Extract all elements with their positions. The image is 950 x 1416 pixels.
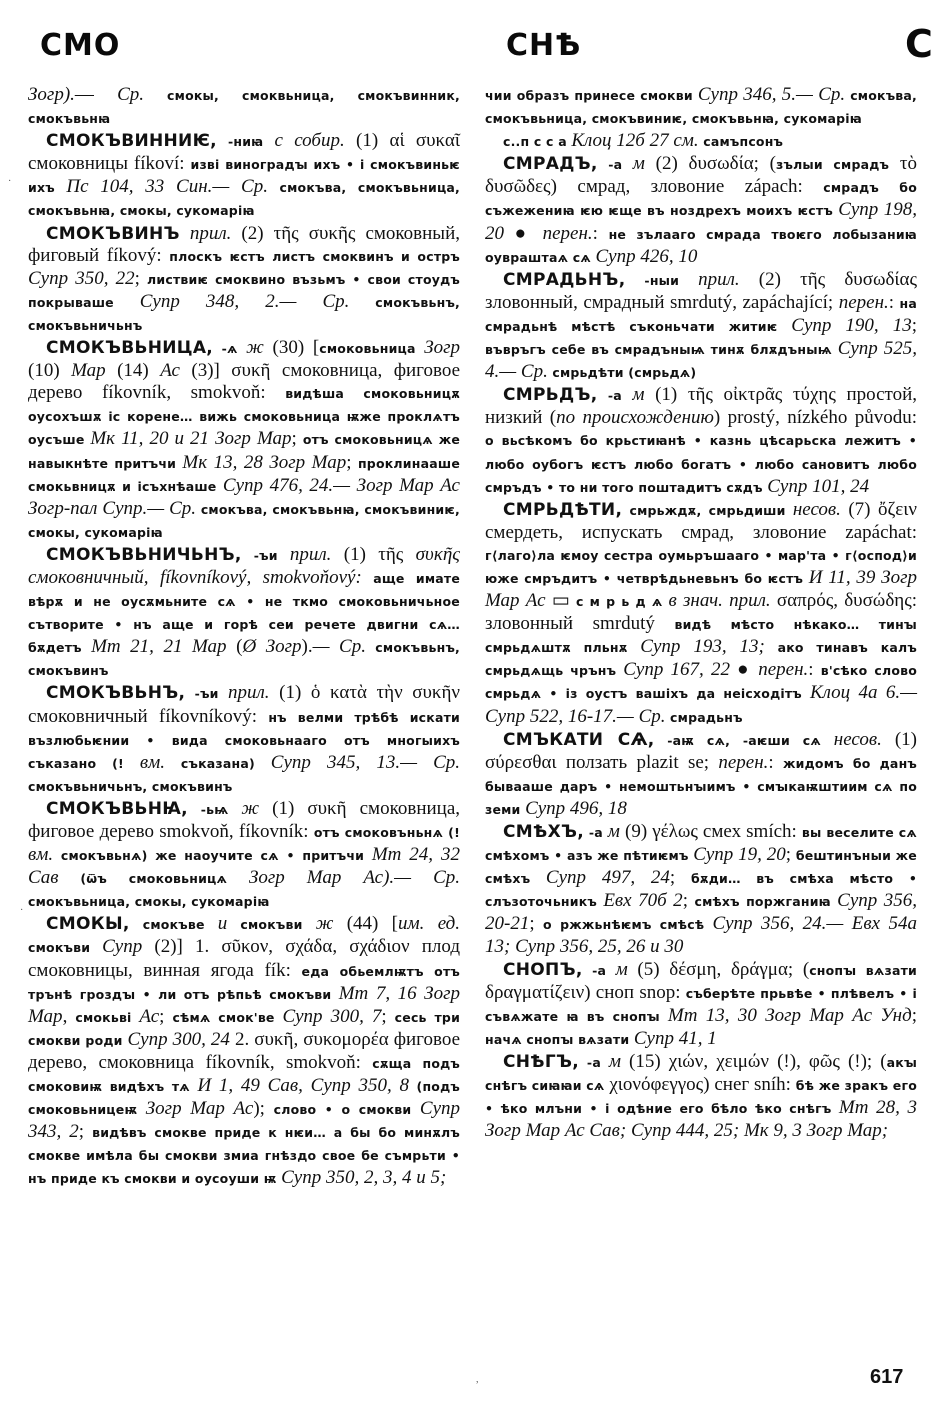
definition-text: — (75, 84, 117, 105)
old-church-slavonic-text: (ѿъ смоковьницѧ (59, 871, 249, 886)
headword: СМОКЪВЬНЪ, (46, 683, 185, 703)
source-reference: — Ср. (313, 636, 366, 657)
grammar-label: прил. (290, 544, 332, 565)
dictionary-entry: СМОКЫ, смокъве и смокъви ж (44) [им. ед.… (28, 913, 460, 1190)
definition-text: (44) [ (333, 913, 398, 934)
source-reference: Супр 496, 18 (525, 798, 627, 819)
headword: СМРАДЪ, (503, 154, 598, 174)
dictionary-entry: СМРЬДЪ, -а м (1) τῆς οἰκτρᾶς τύχης прост… (485, 384, 917, 498)
source-reference: Супр 193, 13; (640, 636, 765, 657)
source-reference: Ас (160, 360, 180, 381)
old-church-slavonic-text: снопꙑ вѧзати (809, 963, 917, 978)
grammar-label: несов. (834, 729, 882, 750)
right-column: чии образъ принесе смокви Супр 346, 5.— … (485, 84, 917, 1142)
old-church-slavonic-text: съказана) (165, 756, 271, 771)
source-reference: Мт 13, 30 Зогр Мар Ас Унд (668, 1005, 912, 1026)
source-reference: Супр 348, 2.— Ср. (140, 291, 350, 312)
grammar-label: см. (673, 130, 698, 151)
page-number: 617 (870, 1366, 903, 1389)
headword: СМѢХЪ, (503, 822, 584, 842)
headword: СМОКЪВИНЪ (46, 224, 180, 244)
definition-text: (2) δυσωδία; ( (645, 153, 776, 174)
source-reference: Зогр). (28, 84, 75, 105)
definition-text: ; (381, 1006, 394, 1027)
dictionary-entry: с..п с с а Клоц 12б 27 см. самъпсонъ (485, 130, 917, 153)
old-church-slavonic-text: -а (597, 388, 632, 403)
source-reference: Зогр Мар Ас (146, 1098, 254, 1119)
old-church-slavonic-text: самъпсонъ (699, 134, 783, 149)
source-reference: Евх 70б 2 (603, 890, 682, 911)
old-church-slavonic-text: с..п с с а (503, 134, 571, 149)
grammar-label: м (609, 1051, 621, 1072)
dictionary-entry: СМОКЪВЬНИЧЬНЪ, -ъи прил. (1) τῆς συκῆς с… (28, 544, 460, 683)
grammar-label: м (608, 821, 620, 842)
definition-text: (5) δέσμη, δράγμα; ( (628, 959, 809, 980)
source-reference: Зогр Мар Ас).— Ср. (249, 867, 460, 888)
definition-text: (30) [ (264, 337, 319, 358)
old-church-slavonic-text: -а (579, 1055, 609, 1070)
source-reference: Супр 345, 13.— Ср. (271, 752, 460, 773)
old-church-slavonic-text: въвръгъ себе въ смрадъныѩ тинѫ блѫдъныѩ (485, 342, 838, 357)
definition-text: ; (912, 315, 917, 336)
old-church-slavonic-text: -а (584, 825, 608, 840)
grammar-label: с собир. (274, 130, 344, 151)
old-church-slavonic-text: начѧ снопꙑ вѧзати (485, 1032, 634, 1047)
source-reference: Супр 101, 24 (767, 476, 869, 497)
old-church-slavonic-text: -ныи (625, 273, 698, 288)
source-reference: Супр 19, 20 (693, 844, 786, 865)
headword: СМОКЪВЬНИЧЬНЪ, (46, 545, 242, 565)
old-church-slavonic-text: смоковьница (319, 341, 424, 356)
right-guide-word: СНѢ (506, 28, 581, 63)
headword: СМОКЫ, (46, 914, 130, 934)
old-church-slavonic-text: -ѧ (213, 341, 246, 356)
definition-text: : (593, 223, 609, 244)
dictionary-entry: СМОКЪВИННИѤ, -ниꙗ с собир. (1) αἱ συκαῖ … (28, 130, 460, 222)
entry-continuation: Зогр).— Ср. смокы, смоквьница, смокъвинн… (28, 84, 460, 130)
definition-text: δραγματίζειν) сноп snop: (485, 982, 686, 1003)
old-church-slavonic-text: чии образъ принесе смокви (485, 88, 698, 103)
source-reference: Супр 350, 22 (28, 268, 135, 289)
old-church-slavonic-text: -аѭ сѧ, -аѥши сѧ (655, 733, 834, 748)
stray-mark: · (20, 905, 23, 916)
dictionary-entry: СНѢГЪ, -а м (15) χιών, χειμών (!), φῶς (… (485, 1051, 917, 1142)
source-reference: Пс 104, 33 Син.— Ср. (66, 176, 268, 197)
source-reference: Супр 426, 10 (596, 246, 698, 267)
definition-text: ) prostý, nízkého původu: (714, 407, 917, 428)
dictionary-entry: СМОКЪВИНЪ прил. (2) τῆς συκῆς смоковный,… (28, 223, 460, 337)
old-church-slavonic-text: слово • о смокви (274, 1102, 420, 1117)
old-church-slavonic-text: -ьѩ (188, 802, 241, 817)
grammar-label: вм. (140, 752, 165, 773)
definition-text: ; (346, 452, 358, 473)
definition-text: ; (79, 1121, 92, 1142)
source-reference: Клоц 12б 27 (571, 130, 673, 151)
old-church-slavonic-text: смрадьнъ (666, 710, 743, 725)
old-church-slavonic-text: смѣхъ поржганиꙗ (694, 894, 837, 909)
old-church-slavonic-text: -а (583, 963, 616, 978)
left-guide-word: СМО (40, 28, 120, 63)
definition-text: : (768, 752, 783, 773)
dictionary-entry: СМЪКАТИ СѦ, -аѭ сѧ, -аѥши сѧ несов. (1) … (485, 729, 917, 821)
definition-text: ; (159, 1006, 172, 1027)
old-church-slavonic-text: смокъви (28, 940, 102, 955)
old-church-slavonic-text: смокъвьница, смокы, сукомаріꙗ (28, 894, 270, 909)
definition-text: ; (135, 268, 147, 289)
definition-text: : (808, 659, 820, 680)
dictionary-entry: СМРАДЬНЪ, -ныи прил. (2) τῆς δυσωδίας зл… (485, 269, 917, 384)
grammar-label: им. ед. (398, 913, 460, 934)
old-church-slavonic-text: о ржжьнѣѥмъ смѣсѣ (543, 917, 712, 932)
source-reference: Супр 497, 24 (546, 867, 670, 888)
headword: СМРЬДѢТИ, (503, 500, 622, 520)
headword: СМРАДЬНЪ, (503, 270, 625, 290)
grammar-label: перен. (839, 292, 889, 313)
source-reference: Супр 300, 24 (127, 1029, 229, 1050)
entry-continuation: чии образъ принесе смокви Супр 346, 5.— … (485, 84, 917, 130)
old-church-slavonic-text: -ъи (242, 548, 290, 563)
source-reference: Мк 11, 20 и 21 Зогр Мар (90, 428, 291, 449)
source-reference: Супр 346, 5.— Ср. (698, 84, 845, 105)
definition-text: χιονόφεγγος) снег sníh: (605, 1074, 796, 1095)
source-reference: И 1, 49 Сав, Супр 350, 8 (197, 1075, 409, 1096)
headword: СМОКЪВЬНꙖ, (46, 799, 188, 819)
grammar-label: и (218, 913, 228, 934)
old-church-slavonic-text: -а (598, 157, 633, 172)
old-church-slavonic-text: смокъве (130, 917, 218, 932)
definition-text: (9) γέλως смех smích: (620, 821, 802, 842)
source-reference: Мар (71, 360, 106, 381)
definition-text: : (889, 292, 900, 313)
grammar-label: ж (316, 913, 334, 934)
grammar-label: ж (241, 798, 259, 819)
old-church-slavonic-text: смокьві (75, 1010, 139, 1025)
grammar-label: м (616, 959, 628, 980)
source-reference: Ø Зогр (242, 636, 301, 657)
headword: СМОКЪВЬНИЦА, (46, 338, 213, 358)
definition-text: ; (670, 867, 691, 888)
definition-text: , (63, 1006, 76, 1027)
grammar-label: перен. (758, 659, 808, 680)
bullet-marker: ● (504, 223, 543, 244)
old-church-slavonic-text: смрьждѫ, смрьдиши (622, 503, 793, 518)
grammar-label: перен. (543, 223, 593, 244)
source-reference: Ас (139, 1006, 159, 1027)
dictionary-entry: СМРАДЪ, -а м (2) δυσωδία; (зълыи смрадъ … (485, 153, 917, 268)
grammar-label: вм. (28, 844, 53, 865)
old-church-slavonic-text: -ъи (185, 686, 228, 701)
source-reference: Супр (102, 936, 142, 957)
grammar-label: м (632, 384, 644, 405)
source-reference: Супр 190, 13 (791, 315, 911, 336)
grammar-label: в знач. прил. (668, 590, 770, 611)
old-church-slavonic-text: смокъвьнѧ) же наоучите сѧ • притъчи (53, 848, 372, 863)
definition-text: (15) χιών, χειμών (!), φῶς (!); ( (621, 1051, 887, 1072)
source-reference: Мт 21, 21 Мар (91, 636, 226, 657)
stray-mark: , (476, 1374, 479, 1385)
source-reference: Зогр (424, 337, 460, 358)
grammar-label: прил. (228, 682, 270, 703)
bullet-marker: ● (730, 659, 758, 680)
grammar-label: м (633, 153, 645, 174)
definition-text: ); (253, 1098, 273, 1119)
source-reference: Мк 13, 28 Зогр Мар (182, 452, 346, 473)
definition-text: (10) (28, 360, 71, 381)
definition-text: ; (786, 844, 796, 865)
running-header: СМО СНѢ С (0, 28, 950, 68)
old-church-slavonic-text: смокъвьничьнъ, смокъвинъ (28, 779, 233, 794)
source-reference: Супр 300, 7 (282, 1006, 381, 1027)
definition-text: (1) τῆς (331, 544, 415, 565)
grammar-label: по происхождению (556, 407, 714, 428)
grammar-label: прил. (698, 269, 740, 290)
old-church-slavonic-text: сѣмѧ смок'ве (172, 1010, 282, 1025)
definition-text: ; (912, 1005, 917, 1026)
left-column: Зогр).— Ср. смокы, смоквьница, смокъвинн… (28, 84, 460, 1191)
section-letter: С (905, 22, 934, 66)
grammar-label: ж (246, 337, 264, 358)
old-church-slavonic-text: -ниꙗ (217, 134, 275, 149)
dictionary-entry: СМОКЪВЬНИЦА, -ѧ ж (30) [смоковьница Зогр… (28, 337, 460, 544)
definition-text: ▭ (546, 590, 576, 611)
old-church-slavonic-text: отъ смоковъньнѧ (! (314, 825, 460, 840)
stray-mark: · (8, 176, 11, 187)
grammar-label: Ср. (117, 84, 144, 105)
dictionary-entry: СМРЬДѢТИ, смрьждѫ, смрьдиши несов. (7) ὄ… (485, 499, 917, 729)
dictionary-entry: СМѢХЪ, -а м (9) γέλως смех smích: вы вес… (485, 821, 917, 959)
definition-text: ; (529, 913, 543, 934)
headword: СНОПЪ, (503, 960, 583, 980)
definition-text: ( (227, 636, 243, 657)
definition-text: ; (683, 890, 695, 911)
headword: СМЪКАТИ СѦ, (503, 730, 655, 750)
headword: СМОКЪВИННИѤ, (46, 131, 217, 151)
old-church-slavonic-text: смокъви (227, 917, 315, 932)
dictionary-entry: СМОКЪВЬНꙖ, -ьѩ ж (1) συκῆ смоковница, фи… (28, 798, 460, 913)
old-church-slavonic-text: зълыи смрадъ (776, 157, 889, 172)
grammar-label: прил. (180, 223, 232, 244)
old-church-slavonic-text: с м р ь д ѧ (576, 594, 668, 609)
definition-text: ; (292, 428, 303, 449)
definition-text: ). (302, 636, 313, 657)
dictionary-entry: СМОКЪВЬНЪ, -ъи прил. (1) ὁ κατὰ τὴν συκῆ… (28, 682, 460, 797)
source-reference: Супр 41, 1 (634, 1028, 717, 1049)
headword: СНѢГЪ, (503, 1052, 579, 1072)
grammar-label: несов. (793, 499, 841, 520)
old-church-slavonic-text: смрьдѣти (смрьдѧ) (548, 365, 696, 380)
source-reference: Супр 350, 2, 3, 4 и 5; (281, 1167, 446, 1188)
headword: СМРЬДЪ, (503, 385, 597, 405)
old-church-slavonic-text: плоскъ ѥстъ листъ смоквинъ и остръ (169, 249, 460, 264)
definition-text: (14) (106, 360, 161, 381)
source-reference: Супр 167, 22 (623, 659, 730, 680)
dictionary-entry: СНОПЪ, -а м (5) δέσμη, δράγμα; (снопꙑ вѧ… (485, 959, 917, 1051)
grammar-label: перен. (718, 752, 768, 773)
